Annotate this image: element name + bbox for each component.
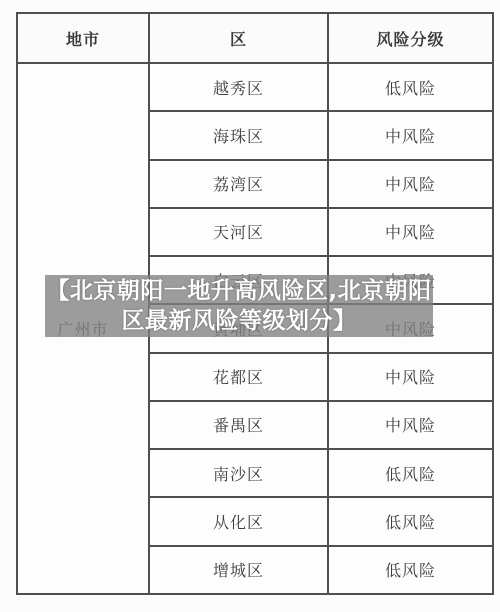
district-cell: 花都区 bbox=[149, 353, 328, 401]
district-cell: 南沙区 bbox=[149, 449, 328, 497]
district-cell: 越秀区 bbox=[149, 63, 328, 111]
risk-cell: 中风险 bbox=[328, 208, 493, 256]
risk-cell: 低风险 bbox=[328, 497, 493, 545]
district-cell: 海珠区 bbox=[149, 111, 328, 159]
district-cell: 荔湾区 bbox=[149, 160, 328, 208]
risk-cell: 低风险 bbox=[328, 63, 493, 111]
district-cell: 番禺区 bbox=[149, 401, 328, 449]
district-cell: 从化区 bbox=[149, 497, 328, 545]
risk-cell: 中风险 bbox=[328, 111, 493, 159]
header-risk: 风险分级 bbox=[328, 13, 493, 63]
table-row: 广州市越秀区低风险 bbox=[17, 63, 493, 111]
caption-line-1: 【北京朝阳一地升高风险区,北京朝阳 bbox=[46, 276, 431, 306]
risk-cell: 低风险 bbox=[328, 449, 493, 497]
risk-cell: 中风险 bbox=[328, 401, 493, 449]
district-cell: 增城区 bbox=[149, 546, 328, 594]
caption-line-2: 区最新风险等级划分】 bbox=[122, 306, 357, 336]
header-row: 地市 区 风险分级 bbox=[17, 13, 493, 63]
header-city: 地市 bbox=[17, 13, 149, 63]
risk-cell: 低风险 bbox=[328, 546, 493, 594]
caption-overlay: 【北京朝阳一地升高风险区,北京朝阳 区最新风险等级划分】 bbox=[45, 275, 433, 337]
risk-cell: 中风险 bbox=[328, 160, 493, 208]
risk-cell: 中风险 bbox=[328, 353, 493, 401]
header-district: 区 bbox=[149, 13, 328, 63]
table-header: 地市 区 风险分级 bbox=[17, 13, 493, 63]
district-cell: 天河区 bbox=[149, 208, 328, 256]
